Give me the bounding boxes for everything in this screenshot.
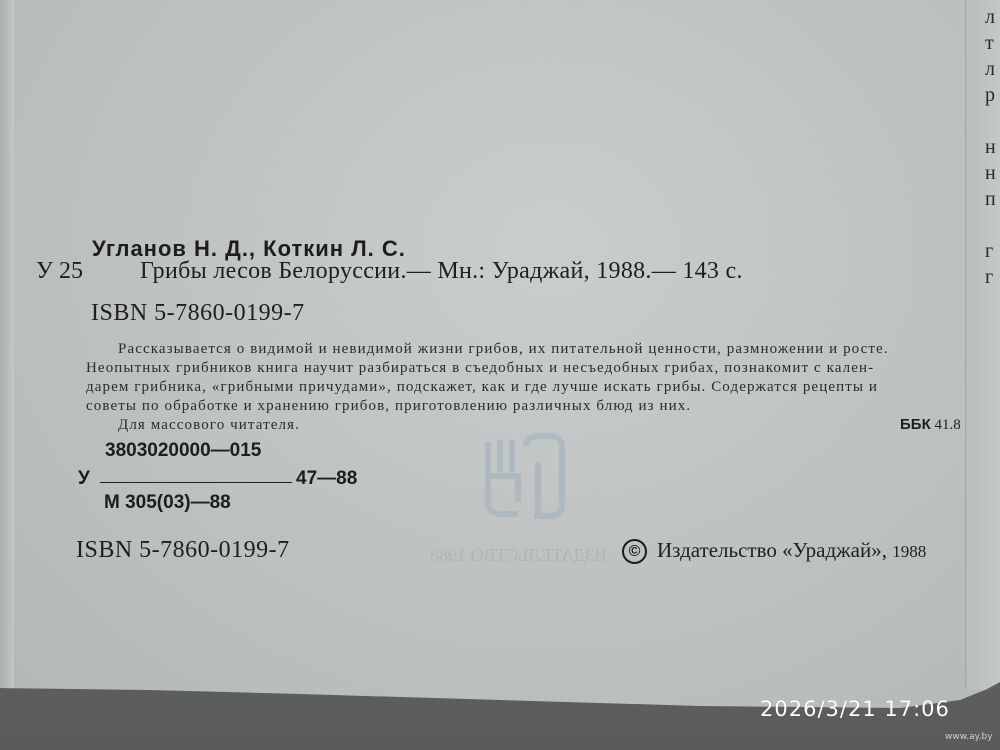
camera-timestamp: 2026/3/21 17:06 bbox=[760, 697, 950, 721]
abstract-line: Неопытных грибников книга научит разбира… bbox=[86, 359, 976, 378]
catalog-formula: У 3803020000—015 47—88 М 305(03)—88 bbox=[78, 440, 378, 520]
udc-index: У 25 bbox=[36, 258, 83, 285]
copyright-year: 1988 bbox=[892, 542, 926, 561]
page-fold-shadow bbox=[0, 0, 14, 700]
facing-page-text: л т л р н н п г г bbox=[985, 4, 996, 290]
copyright-text: Издательство «Ураджай», bbox=[657, 538, 887, 562]
publisher-logo-bleed-through bbox=[478, 432, 570, 522]
book-page: л т л р н н п г г Угланов Н. Д., Коткин … bbox=[0, 0, 1000, 712]
abstract-line: советы по обработке и хранению грибов, п… bbox=[86, 397, 976, 416]
formula-suffix: 47—88 bbox=[296, 468, 357, 490]
bleed-through-text: ИЗДАТЕЛЬСТВО 1988 bbox=[430, 545, 607, 566]
photo-scene: л т л р н н п г г Угланов Н. Д., Коткин … bbox=[0, 0, 1000, 750]
abstract-line: Рассказывается о видимой и невидимой жиз… bbox=[86, 340, 976, 359]
bbk-label: ББК bbox=[900, 416, 931, 433]
formula-fraction-line bbox=[100, 482, 292, 483]
bbk-value: 41.8 bbox=[934, 417, 960, 433]
bbk-code: ББК 41.8 bbox=[900, 416, 961, 434]
copyright-line: ©Издательство «Ураджай», 1988 bbox=[622, 538, 926, 564]
isbn-top: ISBN 5-7860-0199-7 bbox=[91, 300, 305, 327]
site-watermark: www.ay.by bbox=[945, 732, 993, 742]
abstract-line: дарем грибника, «грибными причудами», по… bbox=[86, 378, 976, 397]
formula-denominator: М 305(03)—88 bbox=[104, 492, 231, 514]
isbn-bottom: ISBN 5-7860-0199-7 bbox=[76, 537, 290, 564]
formula-letter: У bbox=[78, 468, 90, 490]
bibliographic-line: Грибы лесов Белоруссии.— Мн.: Ураджай, 1… bbox=[140, 258, 743, 285]
formula-numerator: 3803020000—015 bbox=[105, 440, 261, 462]
copyright-icon: © bbox=[622, 539, 647, 564]
abstract: Рассказывается о видимой и невидимой жиз… bbox=[86, 340, 976, 435]
